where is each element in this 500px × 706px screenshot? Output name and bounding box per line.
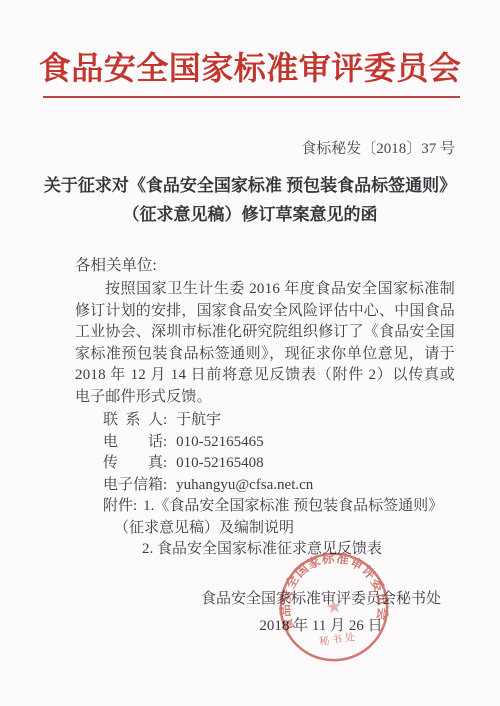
body-paragraph: 按照国家卫生计生委 2016 年度食品安全国家标准制修订计划的安排，国家食品安全… <box>75 279 455 408</box>
contact-colon: : <box>163 455 167 471</box>
contact-label: 传真 <box>103 453 163 475</box>
contact-block: 联系人:于航宇 电话:010-52165465 传真:010-52165408 … <box>103 410 455 496</box>
signature-block: 食品安全国家标准审评委员会秘书处 2018 年 11 月 26 日 <box>181 586 461 640</box>
contact-colon: : <box>163 434 167 450</box>
attachment-line: （征求意见稿）及编制说明 <box>114 518 470 540</box>
contact-value: yuhangyu@cfsa.net.cn <box>176 477 313 493</box>
attachments-block: 附件:1.《食品安全国家标准 预包装食品标签通则》 （征求意见稿）及编制说明 2… <box>0 496 470 561</box>
contact-row-person: 联系人:于航宇 <box>103 410 455 432</box>
contact-label: 联系人 <box>103 410 163 432</box>
contact-value: 010-52165408 <box>176 455 264 471</box>
letter-title: 关于征求对《食品安全国家标准 预包装食品标签通则》 （征求意见稿）修订草案意见的… <box>0 171 500 229</box>
attachment-line: 2. 食品安全国家标准征求意见反馈表 <box>142 539 470 561</box>
attachment-item-1: 1.《食品安全国家标准 预包装食品标签通则》 <box>143 498 443 514</box>
signature-org: 食品安全国家标准审评委员会秘书处 <box>181 586 461 613</box>
letterhead-org-name: 食品安全国家标准审评委员会 <box>0 0 500 88</box>
signature-date: 2018 年 11 月 26 日 <box>181 613 461 640</box>
contact-row-phone: 电话:010-52165465 <box>103 432 455 454</box>
letter-page: 食品安全国家标准审评委员会 食标秘发〔2018〕37 号 关于征求对《食品安全国… <box>0 0 500 706</box>
attachment-item-1-continued: （征求意见稿）及编制说明 <box>114 520 294 536</box>
attachment-line: 附件:1.《食品安全国家标准 预包装食品标签通则》 <box>103 496 470 518</box>
attachment-item-2: 2. 食品安全国家标准征求意见反馈表 <box>142 541 382 557</box>
letter-title-line-2: （征求意见稿）修订草案意见的函 <box>0 200 500 229</box>
letterhead-divider <box>43 96 460 98</box>
contact-value: 于航宇 <box>176 412 221 428</box>
contact-colon: : <box>163 477 167 493</box>
letter-title-line-1: 关于征求对《食品安全国家标准 预包装食品标签通则》 <box>0 171 500 200</box>
contact-value: 010-52165465 <box>176 434 264 450</box>
contact-colon: : <box>163 412 167 428</box>
contact-label: 电话 <box>103 432 163 454</box>
document-number: 食标秘发〔2018〕37 号 <box>0 139 455 159</box>
contact-row-email: 电子信箱:yuhangyu@cfsa.net.cn <box>103 475 455 497</box>
salutation: 各相关单位: <box>75 255 455 277</box>
contact-row-fax: 传真:010-52165408 <box>103 453 455 475</box>
attachments-label: 附件: <box>103 498 137 514</box>
contact-label: 电子信箱 <box>103 475 163 497</box>
